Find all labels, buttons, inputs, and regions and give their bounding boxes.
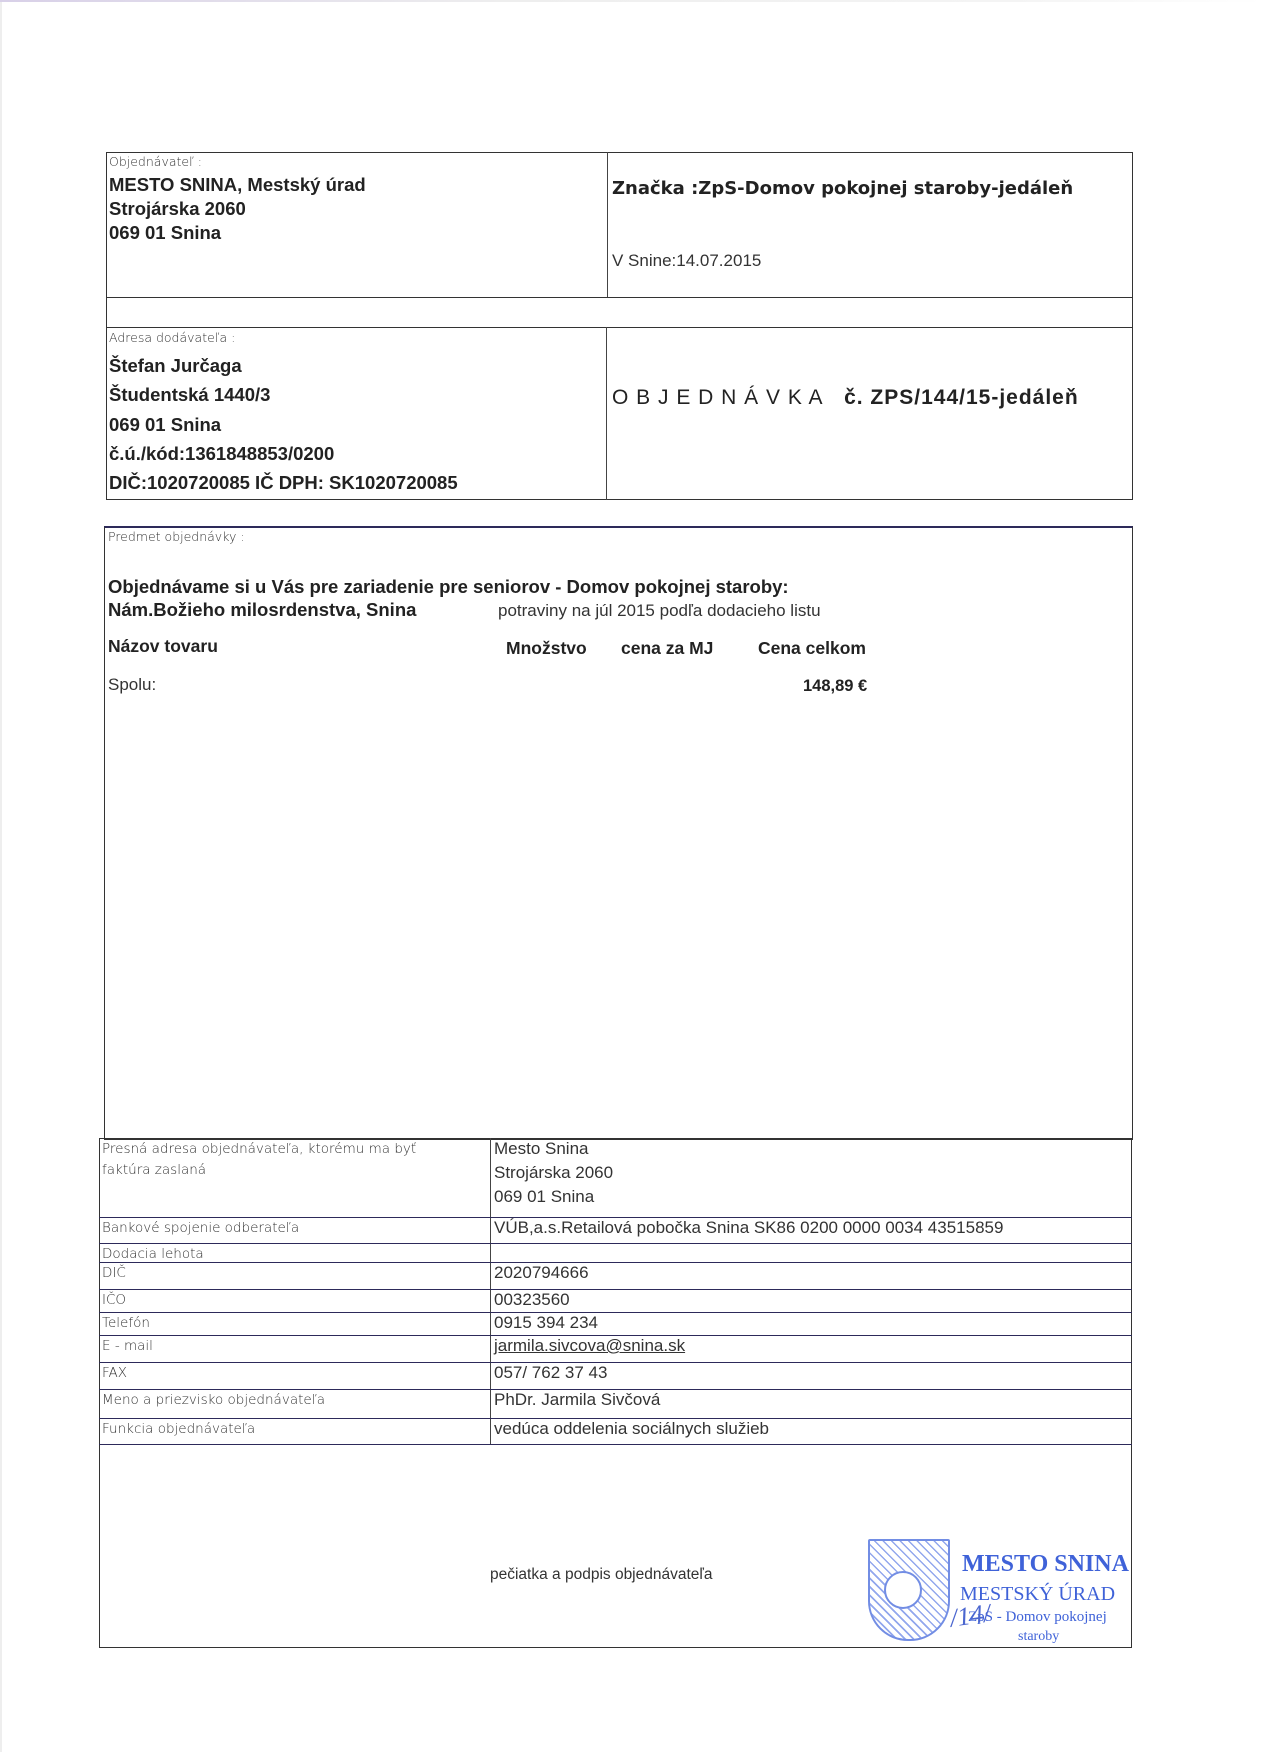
supplier-city: 069 01 Snina	[109, 414, 221, 436]
details-value[interactable]: jarmila.sivcova@snina.sk	[494, 1336, 685, 1356]
details-value: 2020794666	[494, 1263, 589, 1283]
orderer-name: MESTO SNINA, Mestský úrad	[109, 174, 366, 196]
column-header-quantity: Množstvo	[506, 638, 587, 659]
details-label: Bankové spojenie odberateľa	[102, 1220, 299, 1236]
column-header-unit-price: cena za MJ	[621, 638, 713, 659]
details-value-line2: Strojárska 2060	[494, 1163, 613, 1183]
details-label: FAX	[102, 1365, 127, 1381]
details-label: DIČ	[102, 1265, 126, 1281]
header-divider	[607, 152, 608, 298]
details-value: PhDr. Jarmila Sivčová	[494, 1390, 660, 1410]
details-value: Mesto Snina	[494, 1139, 589, 1159]
scan-edge-left	[0, 2, 2, 1752]
subject-line1: Objednávame si u Vás pre zariadenie pre …	[108, 576, 789, 598]
subject-line2-left: Nám.Božieho milosrdenstva, Snina	[108, 599, 416, 621]
row-divider	[99, 1312, 1132, 1313]
signature-label: pečiatka a podpis objednávateľa	[490, 1566, 713, 1584]
supplier-street: Študentská 1440/3	[109, 384, 270, 406]
details-label: Funkcia objednávateľa	[102, 1421, 255, 1437]
stamp-line1: MESTO SNINA	[962, 1551, 1129, 1578]
row-divider	[99, 1262, 1132, 1263]
order-title-word: O B J E D N Á V K A	[612, 386, 824, 409]
details-label: E - mail	[102, 1338, 153, 1354]
supplier-label: Adresa dodávateľa :	[109, 330, 235, 345]
coat-of-arms-icon	[868, 1539, 950, 1641]
row-divider	[99, 1362, 1132, 1363]
orderer-label: Objednávateľ :	[109, 154, 202, 169]
wheel-icon	[884, 1571, 922, 1609]
total-label: Spolu:	[108, 675, 156, 695]
handwritten-signature: /14/	[948, 1598, 992, 1633]
details-label: IČO	[102, 1292, 126, 1308]
order-title: O B J E D N Á V K A č. ZPS/144/15-jedále…	[612, 386, 1079, 410]
details-label: Telefón	[102, 1315, 150, 1331]
column-header-total: Cena celkom	[758, 638, 866, 659]
details-value: 057/ 762 37 43	[494, 1363, 607, 1383]
stamp-line4: staroby	[1018, 1629, 1059, 1645]
details-label-line2: faktúra zaslaná	[102, 1162, 206, 1178]
details-value: 0915 394 234	[494, 1313, 598, 1333]
details-label: Presná adresa objednávateľa, ktorému ma …	[102, 1141, 416, 1157]
orderer-street: Strojárska 2060	[109, 198, 246, 220]
details-label: Meno a priezvisko objednávateľa	[102, 1392, 325, 1408]
reference-mark: Značka :ZpS-Domov pokojnej staroby-jedál…	[612, 178, 1073, 199]
official-stamp: MESTO SNINA MESTSKÝ ÚRAD ZpS - Domov pok…	[868, 1537, 1138, 1657]
scan-edge-top	[0, 0, 1264, 2]
subject-label: Predmet objednávky :	[108, 529, 245, 544]
supplier-divider	[606, 327, 607, 500]
column-header-name: Názov tovaru	[108, 636, 218, 657]
orderer-city: 069 01 Snina	[109, 222, 221, 244]
details-value: 00323560	[494, 1290, 570, 1310]
reference-date: V Snine:14.07.2015	[612, 251, 761, 271]
details-value: VÚB,a.s.Retailová pobočka Snina SK86 020…	[494, 1218, 1003, 1238]
spacer-row	[106, 297, 1133, 328]
subject-line2-right: potraviny na júl 2015 podľa dodacieho li…	[498, 601, 821, 621]
supplier-account: č.ú./kód:1361848853/0200	[109, 443, 334, 465]
row-divider	[99, 1444, 1132, 1445]
details-divider	[490, 1138, 491, 1444]
supplier-name: Štefan Jurčaga	[109, 355, 242, 377]
details-value-line3: 069 01 Snina	[494, 1187, 594, 1207]
row-divider	[99, 1289, 1132, 1290]
supplier-tax: DIČ:1020720085 IČ DPH: SK1020720085	[109, 472, 458, 494]
total-value: 148,89 €	[803, 677, 867, 696]
order-number: č. ZPS/144/15-jedáleň	[844, 386, 1079, 409]
details-label: Dodacia lehota	[102, 1246, 204, 1262]
details-value: vedúca oddelenia sociálnych služieb	[494, 1419, 769, 1439]
row-divider	[99, 1243, 1132, 1244]
